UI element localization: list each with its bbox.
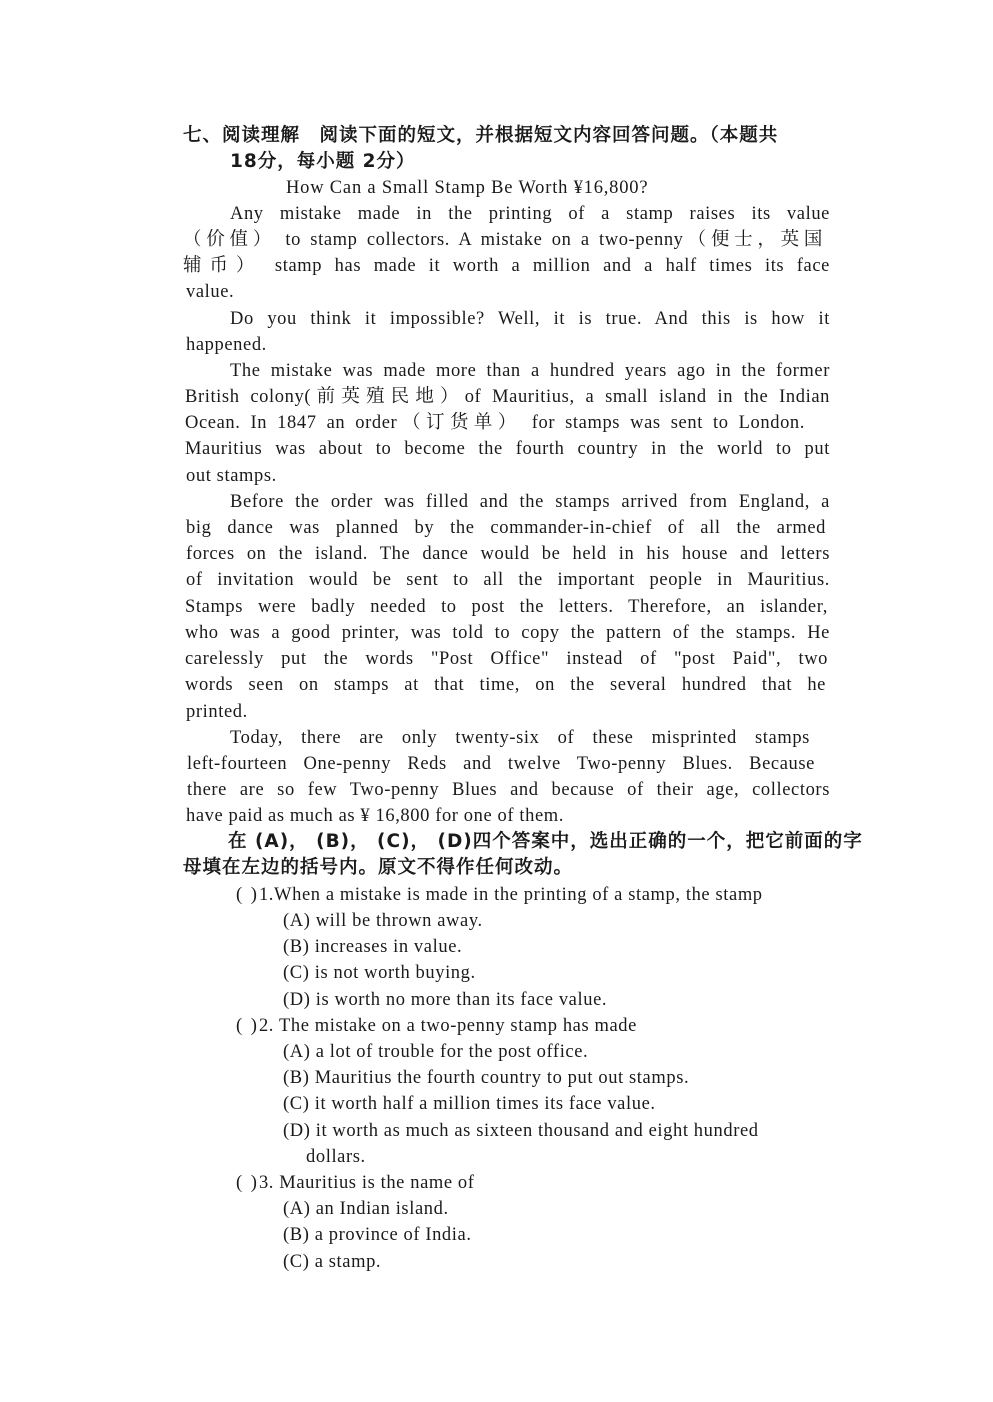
passage-line: carelessly put the words "Post Office" i… (185, 646, 828, 672)
passage-line: have paid as much as ¥ 16,800 for one of… (186, 803, 564, 829)
option-letter: (D) (283, 990, 310, 1010)
option-a: (A) an Indian island. (283, 1196, 449, 1222)
passage-line: The mistake was made more than a hundred… (230, 358, 830, 384)
instructions-line2: 母填在左边的括号内。原文不得作任何改动。 (183, 855, 573, 881)
passage-line: Mauritius was about to become the fourth… (185, 436, 830, 462)
option-text: is not worth buying. (315, 963, 476, 983)
option-c: (C) it worth half a million times its fa… (283, 1091, 656, 1117)
answer-bracket[interactable]: ( ) (236, 1016, 259, 1036)
question-stem: When a mistake is made in the printing o… (274, 885, 763, 905)
question-number: 3. (259, 1173, 274, 1193)
passage-line: Stamps were badly needed to post the let… (185, 594, 828, 620)
passage-line: who was a good printer, was told to copy… (185, 620, 830, 646)
passage-line: left-fourteen One-penny Reds and twelve … (187, 751, 815, 777)
option-a: (A) will be thrown away. (283, 908, 483, 934)
option-text: a province of India. (315, 1225, 472, 1245)
option-letter: (A) (283, 1042, 310, 1062)
passage-line: printed. (186, 699, 248, 725)
option-text: Mauritius the fourth country to put out … (315, 1068, 690, 1088)
option-d: (D) is worth no more than its face value… (283, 987, 607, 1013)
option-letter: (B) (283, 937, 309, 957)
question-number: 1. (259, 885, 274, 905)
question-number: 2. (259, 1016, 274, 1036)
passage-line: out stamps. (186, 463, 277, 489)
passage-line: value. (186, 279, 234, 305)
option-text: a lot of trouble for the post office. (316, 1042, 589, 1062)
section-heading-line1: 七、阅读理解 阅读下面的短文，并根据短文内容回答问题。（本题共 (183, 123, 778, 149)
option-b: (B) a province of India. (283, 1222, 472, 1248)
passage-line: of invitation would be sent to all the i… (186, 567, 830, 593)
option-b: (B) Mauritius the fourth country to put … (283, 1065, 689, 1091)
question-stem: The mistake on a two-penny stamp has mad… (279, 1016, 637, 1036)
option-text: increases in value. (315, 937, 463, 957)
passage-line: there are so few Two-penny Blues and bec… (187, 777, 830, 803)
passage-line: Before the order was filled and the stam… (230, 489, 830, 515)
passage-line: Ocean. In 1847 an order（订货单） for stamps … (185, 410, 805, 436)
question-stem: Mauritius is the name of (279, 1173, 474, 1193)
answer-bracket[interactable]: ( ) (236, 1173, 259, 1193)
passage-line: Today, there are only twenty-six of thes… (230, 725, 810, 751)
option-letter: (C) (283, 1094, 309, 1114)
option-d-continuation: dollars. (306, 1144, 366, 1170)
option-text: a stamp. (315, 1252, 381, 1272)
option-letter: (C) (283, 1252, 309, 1272)
option-text: is worth no more than its face value. (316, 990, 607, 1010)
option-letter: (A) (283, 1199, 310, 1219)
passage-title: How Can a Small Stamp Be Worth ¥16,800? (286, 175, 648, 201)
passage-line: Any mistake made in the printing of a st… (230, 201, 830, 227)
passage-line: British colony(前英殖民地）of Mauritius, a sma… (185, 384, 830, 410)
option-d: (D) it worth as much as sixteen thousand… (283, 1118, 759, 1144)
option-b: (B) increases in value. (283, 934, 462, 960)
passage-line: forces on the island. The dance would be… (186, 541, 830, 567)
instructions-line1: 在 (A)， (B)， (C)， (D)四个答案中，选出正确的一个，把它前面的字 (228, 829, 826, 855)
option-text: it worth half a million times its face v… (315, 1094, 656, 1114)
option-letter: (B) (283, 1225, 309, 1245)
option-text: will be thrown away. (316, 911, 483, 931)
option-letter: (C) (283, 963, 309, 983)
passage-line: （价值） to stamp collectors. A mistake on a… (183, 227, 823, 253)
answer-bracket[interactable]: ( ) (236, 885, 259, 905)
option-letter: (D) (283, 1121, 310, 1141)
passage-line: happened. (186, 332, 267, 358)
option-letter: (B) (283, 1068, 309, 1088)
passage-line: big dance was planned by the commander-i… (186, 515, 826, 541)
option-a: (A) a lot of trouble for the post office… (283, 1039, 588, 1065)
exam-page: 七、阅读理解 阅读下面的短文，并根据短文内容回答问题。（本题共 18分，每小题 … (0, 0, 993, 1402)
option-text: an Indian island. (316, 1199, 449, 1219)
option-c: (C) a stamp. (283, 1249, 381, 1275)
option-text: it worth as much as sixteen thousand and… (316, 1121, 759, 1141)
passage-line: 辅币） stamp has made it worth a million an… (183, 253, 830, 279)
option-c: (C) is not worth buying. (283, 960, 476, 986)
passage-line: Do you think it impossible? Well, it is … (230, 306, 830, 332)
option-letter: (A) (283, 911, 310, 931)
passage-line: words seen on stamps at that time, on th… (185, 672, 826, 698)
section-heading-line2: 18分，每小题 2分） (230, 149, 416, 175)
